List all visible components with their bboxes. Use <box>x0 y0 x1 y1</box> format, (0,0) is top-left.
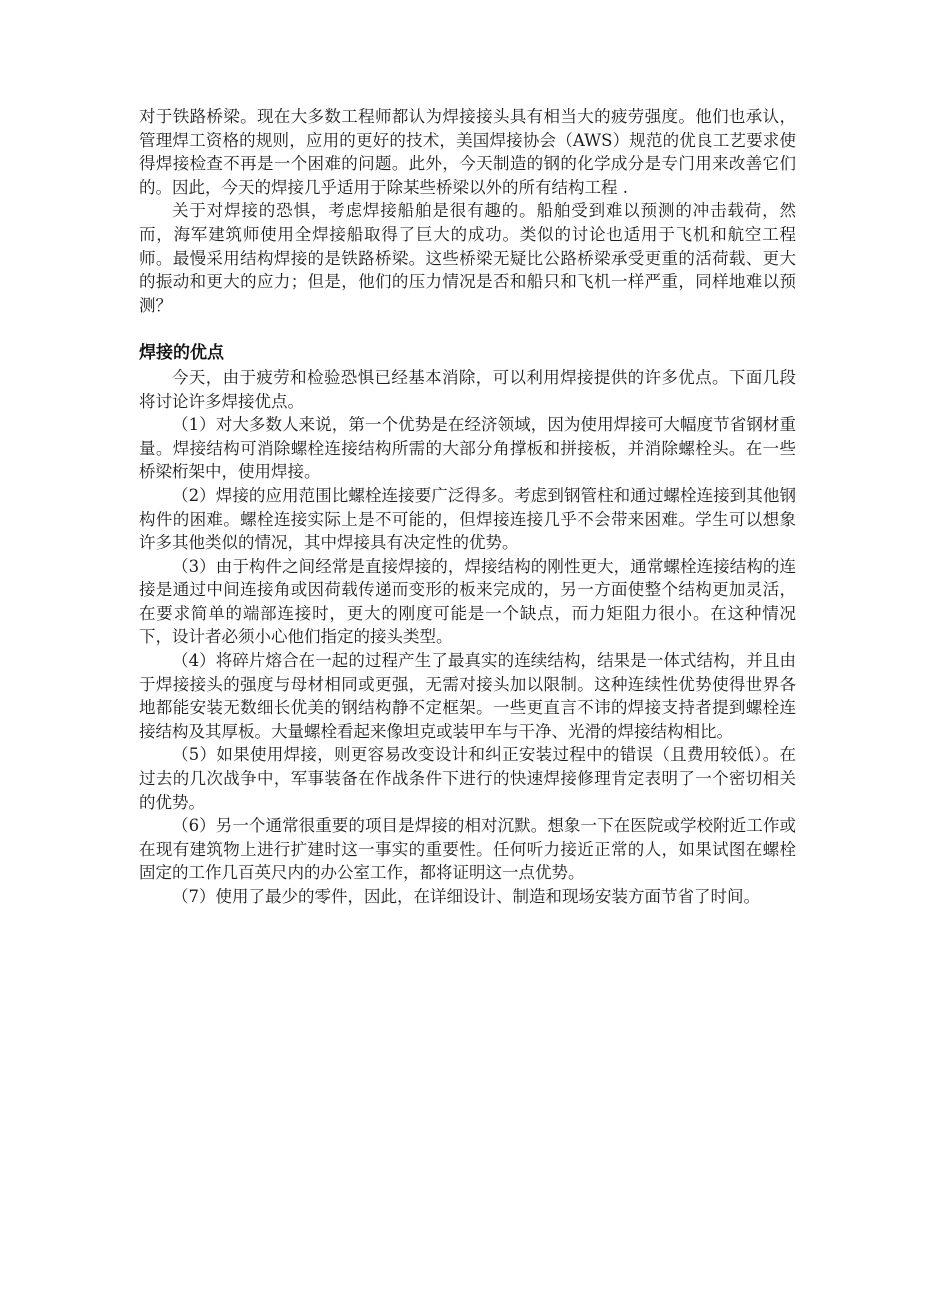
paragraph-advantage-3: （3）由于构件之间经常是直接焊接的，焊接结构的刚性更大，通常螺栓连接结构的连接是… <box>139 555 796 649</box>
paragraph-advantage-1: （1）对大多数人来说，第一个优势是在经济领域，因为使用焊接可大幅度节省钢材重量。… <box>139 413 796 484</box>
paragraph-advantage-7: （7）使用了最少的零件，因此，在详细设计、制造和现场安装方面节省了时间。 <box>139 885 796 909</box>
paragraph-advantage-5: （5）如果使用焊接，则更容易改变设计和纠正安装过程中的错误（且费用较低）。在过去… <box>139 743 796 814</box>
document-content: 对于铁路桥梁。现在大多数工程师都认为焊接接头具有相当大的疲劳强度。他们也承认，管… <box>139 105 796 909</box>
paragraph-advantage-2: （2）焊接的应用范围比螺栓连接要广泛得多。考虑到钢管柱和通过螺栓连接到其他钢构件… <box>139 484 796 555</box>
paragraph-welding-fear: 关于对焊接的恐惧，考虑焊接船舶是很有趣的。船舶受到难以预测的冲击载荷，然而，海军… <box>139 199 796 317</box>
section-heading-welding-advantages: 焊接的优点 <box>139 342 796 366</box>
paragraph-advantage-6: （6）另一个通常很重要的项目是焊接的相对沉默。想象一下在医院或学校附近工作或在现… <box>139 814 796 885</box>
paragraph-intro-advantages: 今天，由于疲劳和检验恐惧已经基本消除，可以利用焊接提供的许多优点。下面几段将讨论… <box>139 366 796 413</box>
paragraph-advantage-4: （4）将碎片熔合在一起的过程产生了最真实的连续结构，结果是一体式结构，并且由于焊… <box>139 649 796 743</box>
document-page: 对于铁路桥梁。现在大多数工程师都认为焊接接头具有相当大的疲劳强度。他们也承认，管… <box>0 0 926 1309</box>
paragraph-continuation: 对于铁路桥梁。现在大多数工程师都认为焊接接头具有相当大的疲劳强度。他们也承认，管… <box>139 105 796 199</box>
